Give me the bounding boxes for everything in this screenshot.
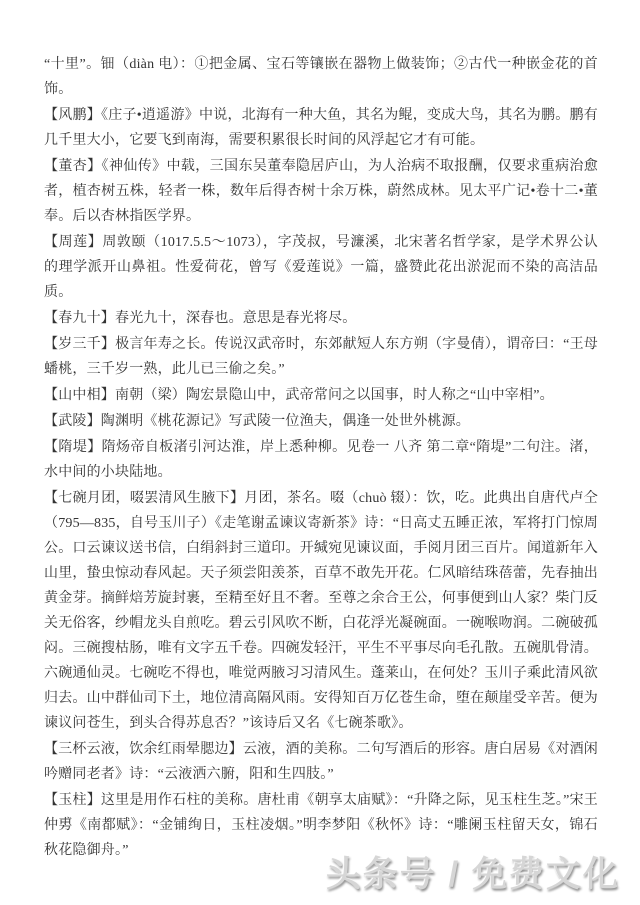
dictionary-entry-dongxing: 【董杏】《神仙传》中载，三国东吴董奉隐居庐山，为人治病不取报酬，仅要求重病治愈者… — [44, 154, 598, 229]
dictionary-entry-suidi: 【隋堤】隋炀帝自板渚引河达淮，岸上悉种柳。见卷一 八齐 第二章“隋堤”二句注。渚… — [44, 435, 598, 485]
dictionary-entry-chunjiushi: 【春九十】春光九十，深春也。意思是春光将尽。 — [44, 306, 598, 331]
dictionary-entry-suisanqian: 【岁三千】极言年寿之长。传说汉武帝时，东郊献短人东方朔（字曼倩），谓帝曰：“王母… — [44, 332, 598, 382]
dictionary-entry-fengpeng: 【风鹏】《庄子•逍遥游》中说，北海有一种大鱼，其名为鲲，变成大鸟，其名为鹏。鹏有… — [44, 103, 598, 153]
dictionary-entry-continuation: “十里”。钿（diàn 电）：①把金属、宝石等镶嵌在器物上做装饰；②古代一种嵌金… — [44, 52, 598, 102]
dictionary-entry-shanzhongxiang: 【山中相】南朝（梁）陶宏景隐山中，武帝常问之以国事，时人称之“山中宰相”。 — [44, 383, 598, 408]
toutiao-watermark: 头条号 / 免费文化 — [326, 847, 620, 897]
dictionary-entry-sanbeiyunye: 【三杯云液，饮余红雨晕腮边】云液，酒的美称。二句写酒后的形容。唐白居易《对酒闲吟… — [44, 737, 598, 787]
document-page: “十里”。钿（diàn 电）：①把金属、宝石等镶嵌在器物上做装饰；②古代一种嵌金… — [0, 0, 640, 905]
dictionary-entry-qiwanyuetuan: 【七碗月团，啜罢清风生腋下】月团，茶名。啜（chuò 辍）：饮，吃。此典出自唐代… — [44, 486, 598, 736]
dictionary-entry-wuling: 【武陵】陶渊明《桃花源记》写武陵一位渔夫，偶逢一处世外桃源。 — [44, 409, 598, 434]
document-body: “十里”。钿（diàn 电）：①把金属、宝石等镶嵌在器物上做装饰；②古代一种嵌金… — [44, 52, 598, 864]
dictionary-entry-zhoulian: 【周莲】周敦颐（1017.5.5～1073），字茂叔，号濂溪，北宋著名哲学家，是… — [44, 230, 598, 305]
